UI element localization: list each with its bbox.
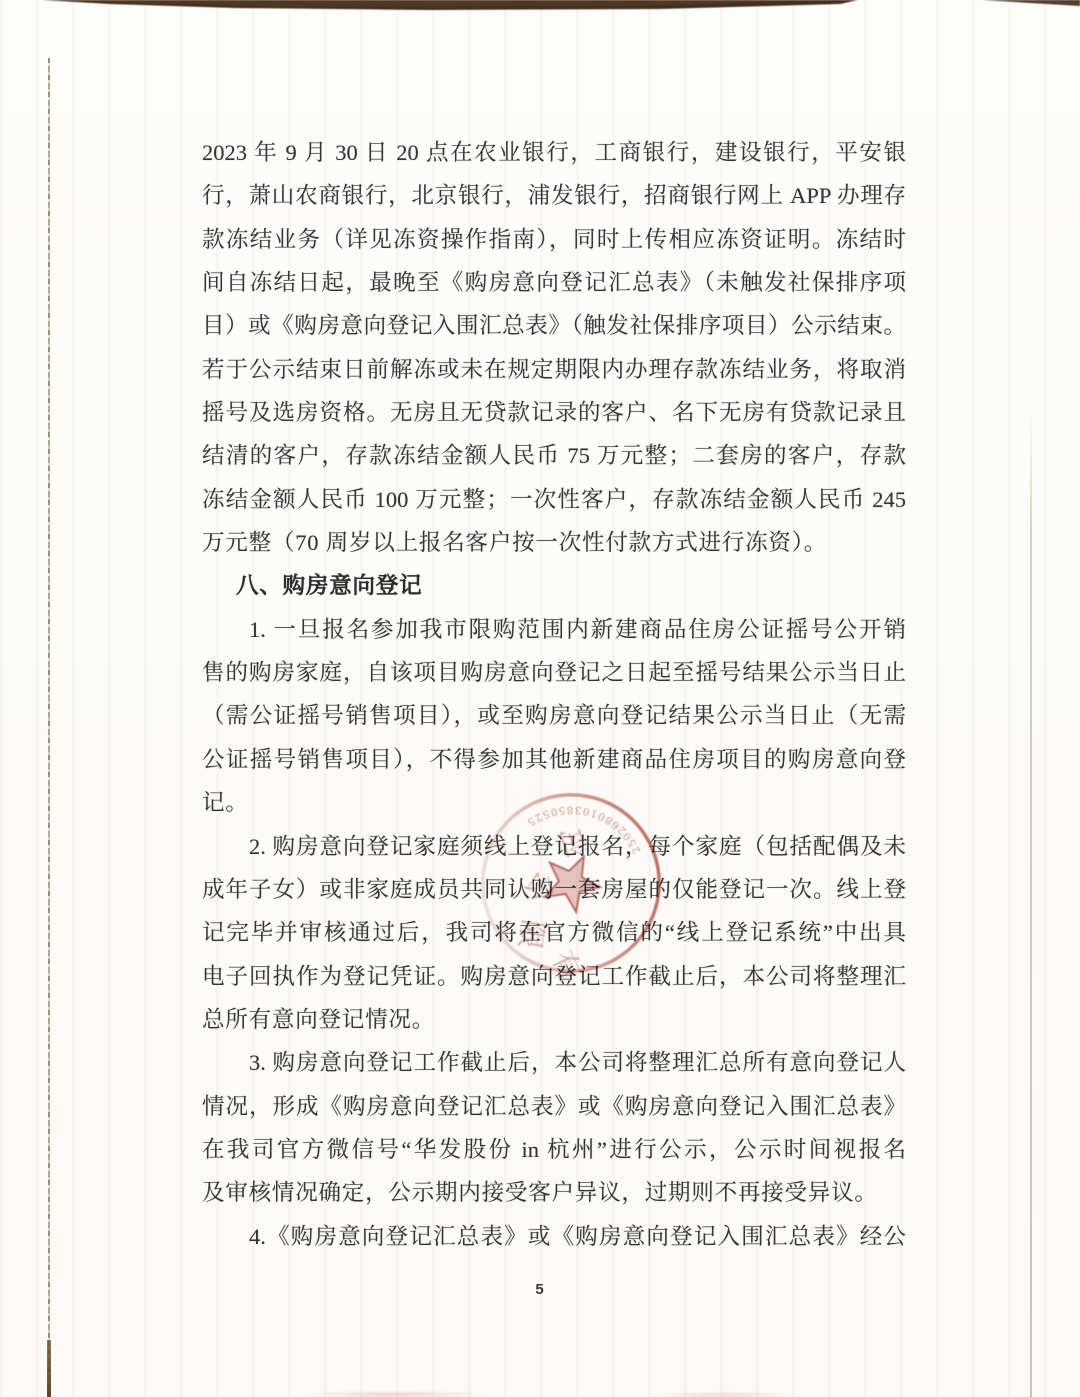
text-line: 目）或《购房意向登记入围汇总表》（触发社保排序项目）公示结束。: [202, 304, 906, 347]
text-line: 成年子女）或非家庭成员共同认购一套房屋的仅能登记一次。线上登: [202, 868, 906, 911]
scan-top-band-right: [982, 0, 1080, 6]
text-line: 记完毕并审核通过后，我司将在官方微信的“线上登记系统”中出具: [202, 911, 906, 954]
text-line: 在我司官方微信号“华发股份 in 杭州”进行公示，公示时间视报名: [202, 1128, 906, 1171]
text-line: 1. 一旦报名参加我市限购范围内新建商品住房公证摇号公开销: [202, 608, 906, 651]
text-line: 电子回执作为登记凭证。购房意向登记工作截止后，本公司将整理汇: [202, 955, 906, 998]
text-line: 结清的客户，存款冻结金额人民币 75 万元整；二套房的客户，存款: [202, 434, 906, 477]
bottom-scan-smudge: [650, 1392, 800, 1397]
text-line: 公证摇号销售项目），不得参加其他新建商品住房项目的购房意向登: [202, 738, 906, 781]
scanned-document-page: 2023 年 9 月 30 日 20 点在农业银行，工商银行，建设银行，平安银行…: [0, 0, 1080, 1397]
text-line: 八、购房意向登记: [202, 564, 906, 607]
text-line: 及审核情况确定，公示期内接受客户异议，过期则不再接受异议。: [202, 1171, 906, 1214]
text-line: 2023 年 9 月 30 日 20 点在农业银行，工商银行，建设银行，平安银: [202, 131, 906, 174]
text-line: 4.《购房意向登记汇总表》或《购房意向登记入围汇总表》经公: [202, 1215, 906, 1258]
text-line: 摇号及选房资格。无房且无贷款记录的客户、名下无房有贷款记录且: [202, 391, 906, 434]
text-line: 行，萧山农商银行，北京银行，浦发银行，招商银行网上 APP 办理存: [202, 174, 906, 217]
page-left-edge-line: [48, 58, 50, 1397]
text-line: 总所有意向登记情况。: [202, 998, 906, 1041]
text-line: 冻结金额人民币 100 万元整；一次性客户，存款冻结金额人民币 245: [202, 478, 906, 521]
text-line: 售的购房家庭，自该项目购房意向登记之日起至摇号结果公示当日止: [202, 651, 906, 694]
bottom-scan-smudge: [300, 1391, 490, 1397]
page-number: 5: [0, 1281, 1080, 1298]
text-line: 2. 购房意向登记家庭须线上登记报名，每个家庭（包括配偶及未: [202, 825, 906, 868]
text-line: 若于公示结束日前解冻或未在规定期限内办理存款冻结业务，将取消: [202, 348, 906, 391]
document-text: 2023 年 9 月 30 日 20 点在农业银行，工商银行，建设银行，平安银行…: [202, 131, 906, 1258]
text-line: 记。: [202, 781, 906, 824]
page-right-edge-line: [1030, 410, 1032, 1397]
page-left-edge-line-bottom: [47, 1340, 51, 1397]
text-line: 3. 购房意向登记工作截止后，本公司将整理汇总所有意向登记人: [202, 1041, 906, 1084]
text-line: 万元整（70 周岁以上报名客户按一次性付款方式进行冻资）。: [202, 521, 906, 564]
text-line: 款冻结业务（详见冻资操作指南），同时上传相应冻资证明。冻结时: [202, 218, 906, 261]
text-line: 间自冻结日起，最晚至《购房意向登记汇总表》（未触发社保排序项: [202, 261, 906, 304]
text-line: （需公证摇号销售项目），或至购房意向登记结果公示当日止（无需: [202, 694, 906, 737]
text-line: 情况，形成《购房意向登记汇总表》或《购房意向登记入围汇总表》: [202, 1085, 906, 1128]
scan-top-band: [0, 0, 1080, 14]
